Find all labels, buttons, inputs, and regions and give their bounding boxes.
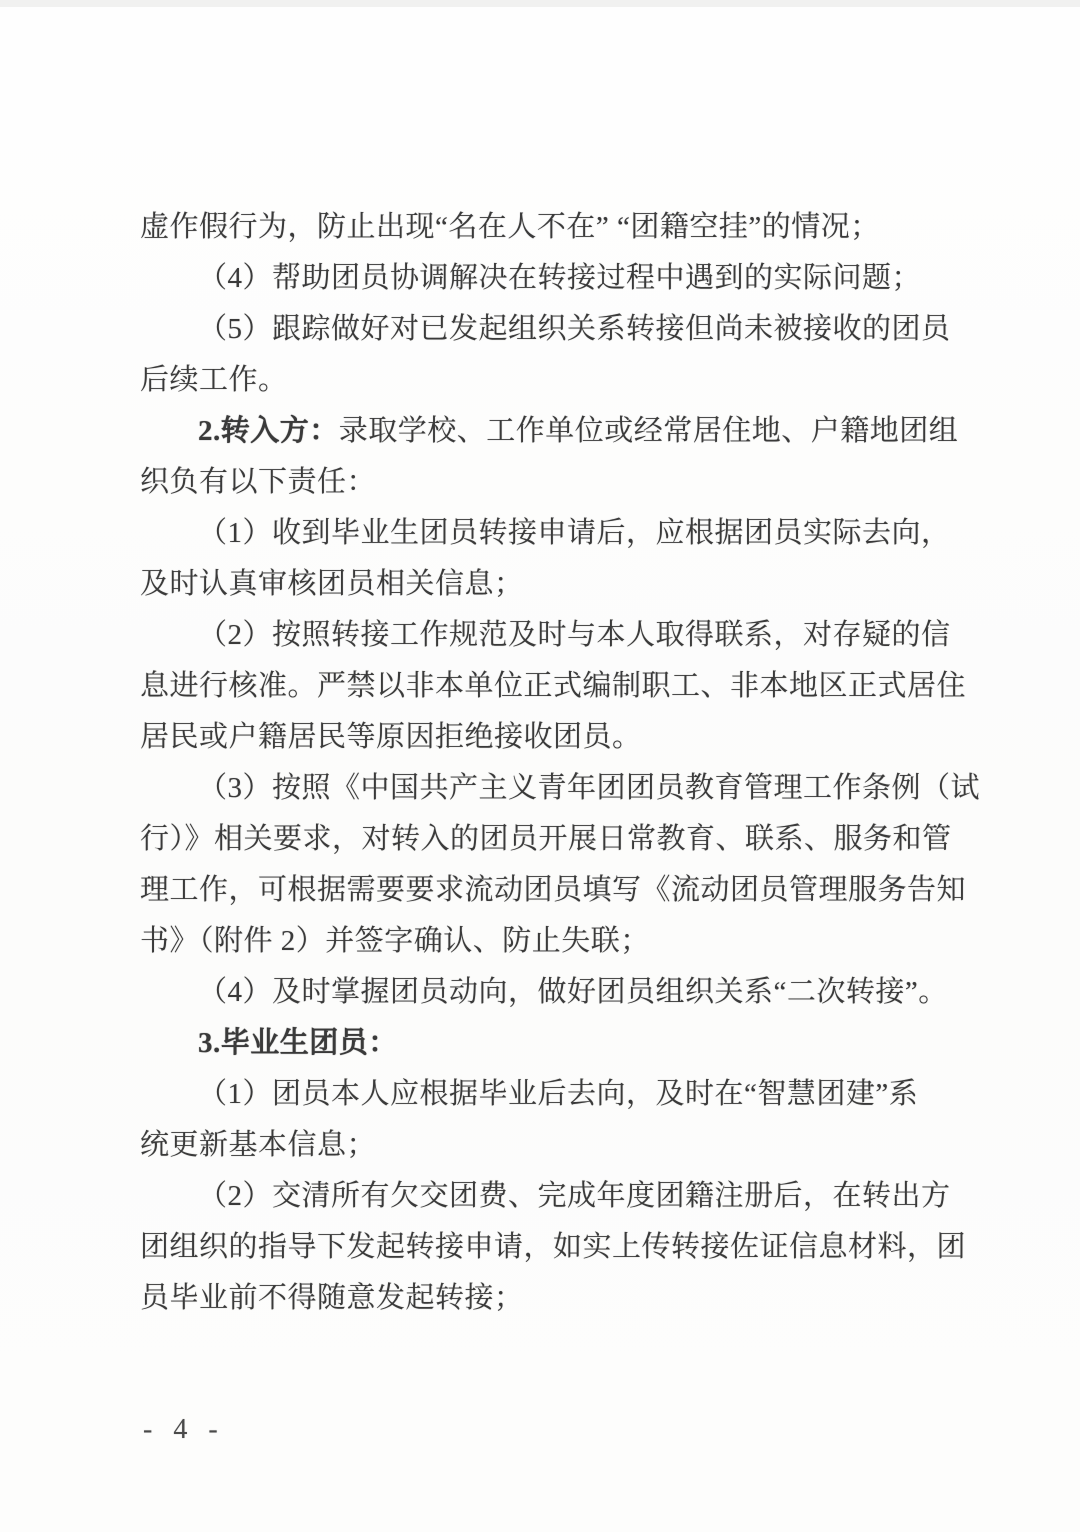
bold-text-segment: 2.转入方： xyxy=(198,415,339,447)
text-line: （4）帮助团员协调解决在转接过程中遇到的实际问题； xyxy=(140,253,970,304)
text-line: 后续工作。 xyxy=(140,355,970,406)
text-line: （3）按照《中国共产主义青年团团员教育管理工作条例（试 xyxy=(140,763,970,814)
text-line: 2.转入方：录取学校、工作单位或经常居住地、户籍地团组 xyxy=(140,406,970,457)
page-number: - 4 - xyxy=(143,1410,225,1450)
text-line: （1）收到毕业生团员转接申请后，应根据团员实际去向， xyxy=(140,508,970,559)
text-segment: 息进行核准。严禁以非本单位正式编制职工、非本地区正式居住 xyxy=(140,670,966,702)
text-line: （4）及时掌握团员动向，做好团员组织关系“二次转接”。 xyxy=(140,967,970,1018)
text-line: 及时认真审核团员相关信息； xyxy=(140,559,970,610)
text-line: 团组织的指导下发起转接申请，如实上传转接佐证信息材料，团 xyxy=(140,1222,970,1273)
text-segment: 居民或户籍居民等原因拒绝接收团员。 xyxy=(140,721,642,753)
text-segment: 统更新基本信息； xyxy=(140,1129,376,1161)
scan-top-strip xyxy=(0,0,1080,7)
text-segment: （1）团员本人应根据毕业后去向，及时在“智慧团建”系 xyxy=(198,1078,918,1110)
text-segment: 虚作假行为，防止出现“名在人不在” “团籍空挂”的情况； xyxy=(140,211,880,243)
bold-text-segment: 3.毕业生团员： xyxy=(198,1027,398,1059)
text-segment: （2）交清所有欠交团费、完成年度团籍注册后，在转出方 xyxy=(198,1180,951,1212)
text-segment: （1）收到毕业生团员转接申请后，应根据团员实际去向， xyxy=(198,517,951,549)
text-line: 息进行核准。严禁以非本单位正式编制职工、非本地区正式居住 xyxy=(140,661,970,712)
text-line: （1）团员本人应根据毕业后去向，及时在“智慧团建”系 xyxy=(140,1069,970,1120)
text-line: 书》（附件 2）并签字确认、防止失联； xyxy=(140,916,970,967)
text-segment: 后续工作。 xyxy=(140,364,288,396)
text-segment: 员毕业前不得随意发起转接； xyxy=(140,1282,524,1314)
text-line: 理工作，可根据需要要求流动团员填写《流动团员管理服务告知 xyxy=(140,865,970,916)
text-segment: 及时认真审核团员相关信息； xyxy=(140,568,524,600)
text-line: 织负有以下责任： xyxy=(140,457,970,508)
text-segment: 书》（附件 2）并签字确认、防止失联； xyxy=(140,925,650,957)
text-line: （2）交清所有欠交团费、完成年度团籍注册后，在转出方 xyxy=(140,1171,970,1222)
text-segment: （2）按照转接工作规范及时与本人取得联系，对存疑的信 xyxy=(198,619,951,651)
text-line: 虚作假行为，防止出现“名在人不在” “团籍空挂”的情况； xyxy=(140,202,970,253)
text-segment: 行）》相关要求，对转入的团员开展日常教育、联系、服务和管 xyxy=(140,823,952,855)
text-segment: 录取学校、工作单位或经常居住地、户籍地团组 xyxy=(339,415,959,447)
text-segment: 团组织的指导下发起转接申请，如实上传转接佐证信息材料，团 xyxy=(140,1231,966,1263)
text-line: 3.毕业生团员： xyxy=(140,1018,970,1069)
text-line: （5）跟踪做好对已发起组织关系转接但尚未被接收的团员 xyxy=(140,304,970,355)
text-line: 员毕业前不得随意发起转接； xyxy=(140,1273,970,1324)
text-line: 行）》相关要求，对转入的团员开展日常教育、联系、服务和管 xyxy=(140,814,970,865)
text-line: 居民或户籍居民等原因拒绝接收团员。 xyxy=(140,712,970,763)
text-line: （2）按照转接工作规范及时与本人取得联系，对存疑的信 xyxy=(140,610,970,661)
text-segment: 理工作，可根据需要要求流动团员填写《流动团员管理服务告知 xyxy=(140,874,966,906)
text-line: 统更新基本信息； xyxy=(140,1120,970,1171)
text-segment: （4）及时掌握团员动向，做好团员组织关系“二次转接”。 xyxy=(198,976,948,1008)
text-segment: （4）帮助团员协调解决在转接过程中遇到的实际问题； xyxy=(198,262,921,294)
text-segment: （5）跟踪做好对已发起组织关系转接但尚未被接收的团员 xyxy=(198,313,951,345)
text-segment: 织负有以下责任： xyxy=(140,466,376,498)
text-segment: （3）按照《中国共产主义青年团团员教育管理工作条例（试 xyxy=(198,772,980,804)
document-body: 虚作假行为，防止出现“名在人不在” “团籍空挂”的情况；（4）帮助团员协调解决在… xyxy=(140,202,970,1324)
